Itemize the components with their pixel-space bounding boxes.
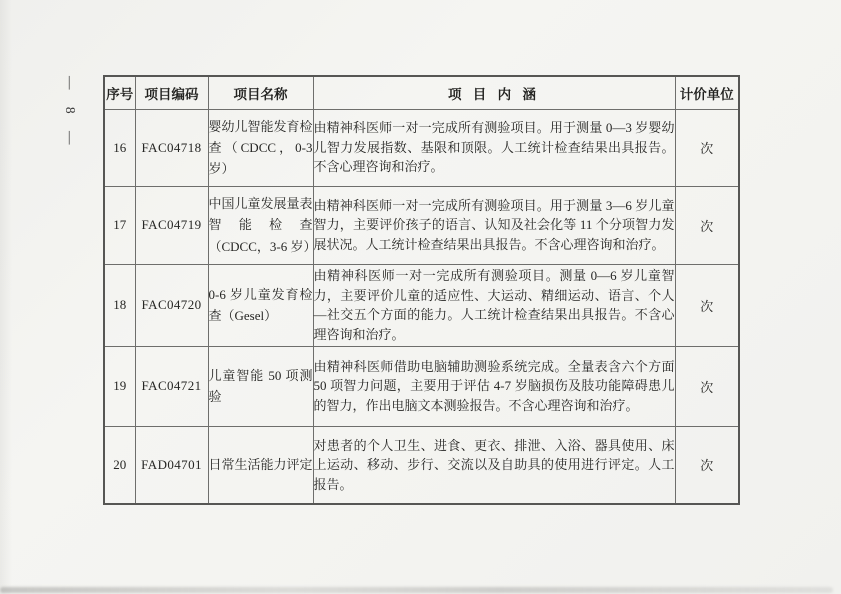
- cell-unit: 次: [675, 109, 739, 186]
- cell-seq: 17: [104, 186, 135, 264]
- table-row: 17 FAC04719 中国儿童发展量表智能检查（CDCC，3-6 岁） 由精神…: [104, 186, 739, 264]
- table-row: 16 FAC04718 婴幼儿智能发育检查（CDCC，0-3 岁） 由精神科医师…: [104, 109, 739, 186]
- cell-code: FAC04719: [135, 186, 208, 264]
- cell-content: 由精神科医师一对一完成所有测验项目。用于测量 0—3 岁婴幼儿智力发展指数、基限…: [313, 109, 675, 186]
- cell-unit: 次: [675, 346, 739, 426]
- header-unit: 计价单位: [675, 76, 739, 109]
- cell-seq: 19: [104, 346, 135, 426]
- header-seq: 序号: [104, 76, 135, 109]
- scanned-document-page: — 8 — 序号 项目编码 项目名称 项 目 内 涵 计价单位 16 FAC04…: [0, 0, 841, 594]
- cell-unit: 次: [675, 426, 739, 504]
- cell-code: FAC04718: [135, 109, 208, 186]
- table-row: 20 FAD04701 日常生活能力评定 对患者的个人卫生、进食、更衣、排泄、入…: [104, 426, 739, 504]
- cell-name: 婴幼儿智能发育检查（CDCC，0-3 岁）: [208, 109, 313, 186]
- price-list-table: 序号 项目编码 项目名称 项 目 内 涵 计价单位 16 FAC04718 婴幼…: [103, 75, 740, 505]
- cell-code: FAC04721: [135, 346, 208, 426]
- table-header-row: 序号 项目编码 项目名称 项 目 内 涵 计价单位: [104, 76, 739, 109]
- header-content: 项 目 内 涵: [313, 76, 675, 109]
- cell-unit: 次: [675, 264, 739, 346]
- cell-seq: 18: [104, 264, 135, 346]
- scan-edge-artifact-left: [0, 0, 12, 594]
- cell-unit: 次: [675, 186, 739, 264]
- header-name: 项目名称: [208, 76, 313, 109]
- scan-edge-artifact-bottom: [0, 587, 833, 593]
- cell-name: 儿童智能 50 项测验: [208, 346, 313, 426]
- page-number: — 8 —: [62, 76, 78, 152]
- cell-name: 中国儿童发展量表智能检查（CDCC，3-6 岁）: [208, 186, 313, 264]
- cell-content: 由精神科医师一对一完成所有测验项目。用于测量 3—6 岁儿童智力，主要评价孩子的…: [313, 186, 675, 264]
- cell-name: 0-6 岁儿童发育检查（Gesel）: [208, 264, 313, 346]
- cell-seq: 20: [104, 426, 135, 504]
- cell-content: 由精神科医师借助电脑辅助测验系统完成。全量表含六个方面 50 项智力问题，主要用…: [313, 346, 675, 426]
- cell-code: FAD04701: [135, 426, 208, 504]
- table-row: 18 FAC04720 0-6 岁儿童发育检查（Gesel） 由精神科医师一对一…: [104, 264, 739, 346]
- cell-content: 对患者的个人卫生、进食、更衣、排泄、入浴、器具使用、床上运动、移动、步行、交流以…: [313, 426, 675, 504]
- cell-code: FAC04720: [135, 264, 208, 346]
- cell-name: 日常生活能力评定: [208, 426, 313, 504]
- header-code: 项目编码: [135, 76, 208, 109]
- table-row: 19 FAC04721 儿童智能 50 项测验 由精神科医师借助电脑辅助测验系统…: [104, 346, 739, 426]
- cell-seq: 16: [104, 109, 135, 186]
- cell-content: 由精神科医师一对一完成所有测验项目。测量 0—6 岁儿童智力，主要评价儿童的适应…: [313, 264, 675, 346]
